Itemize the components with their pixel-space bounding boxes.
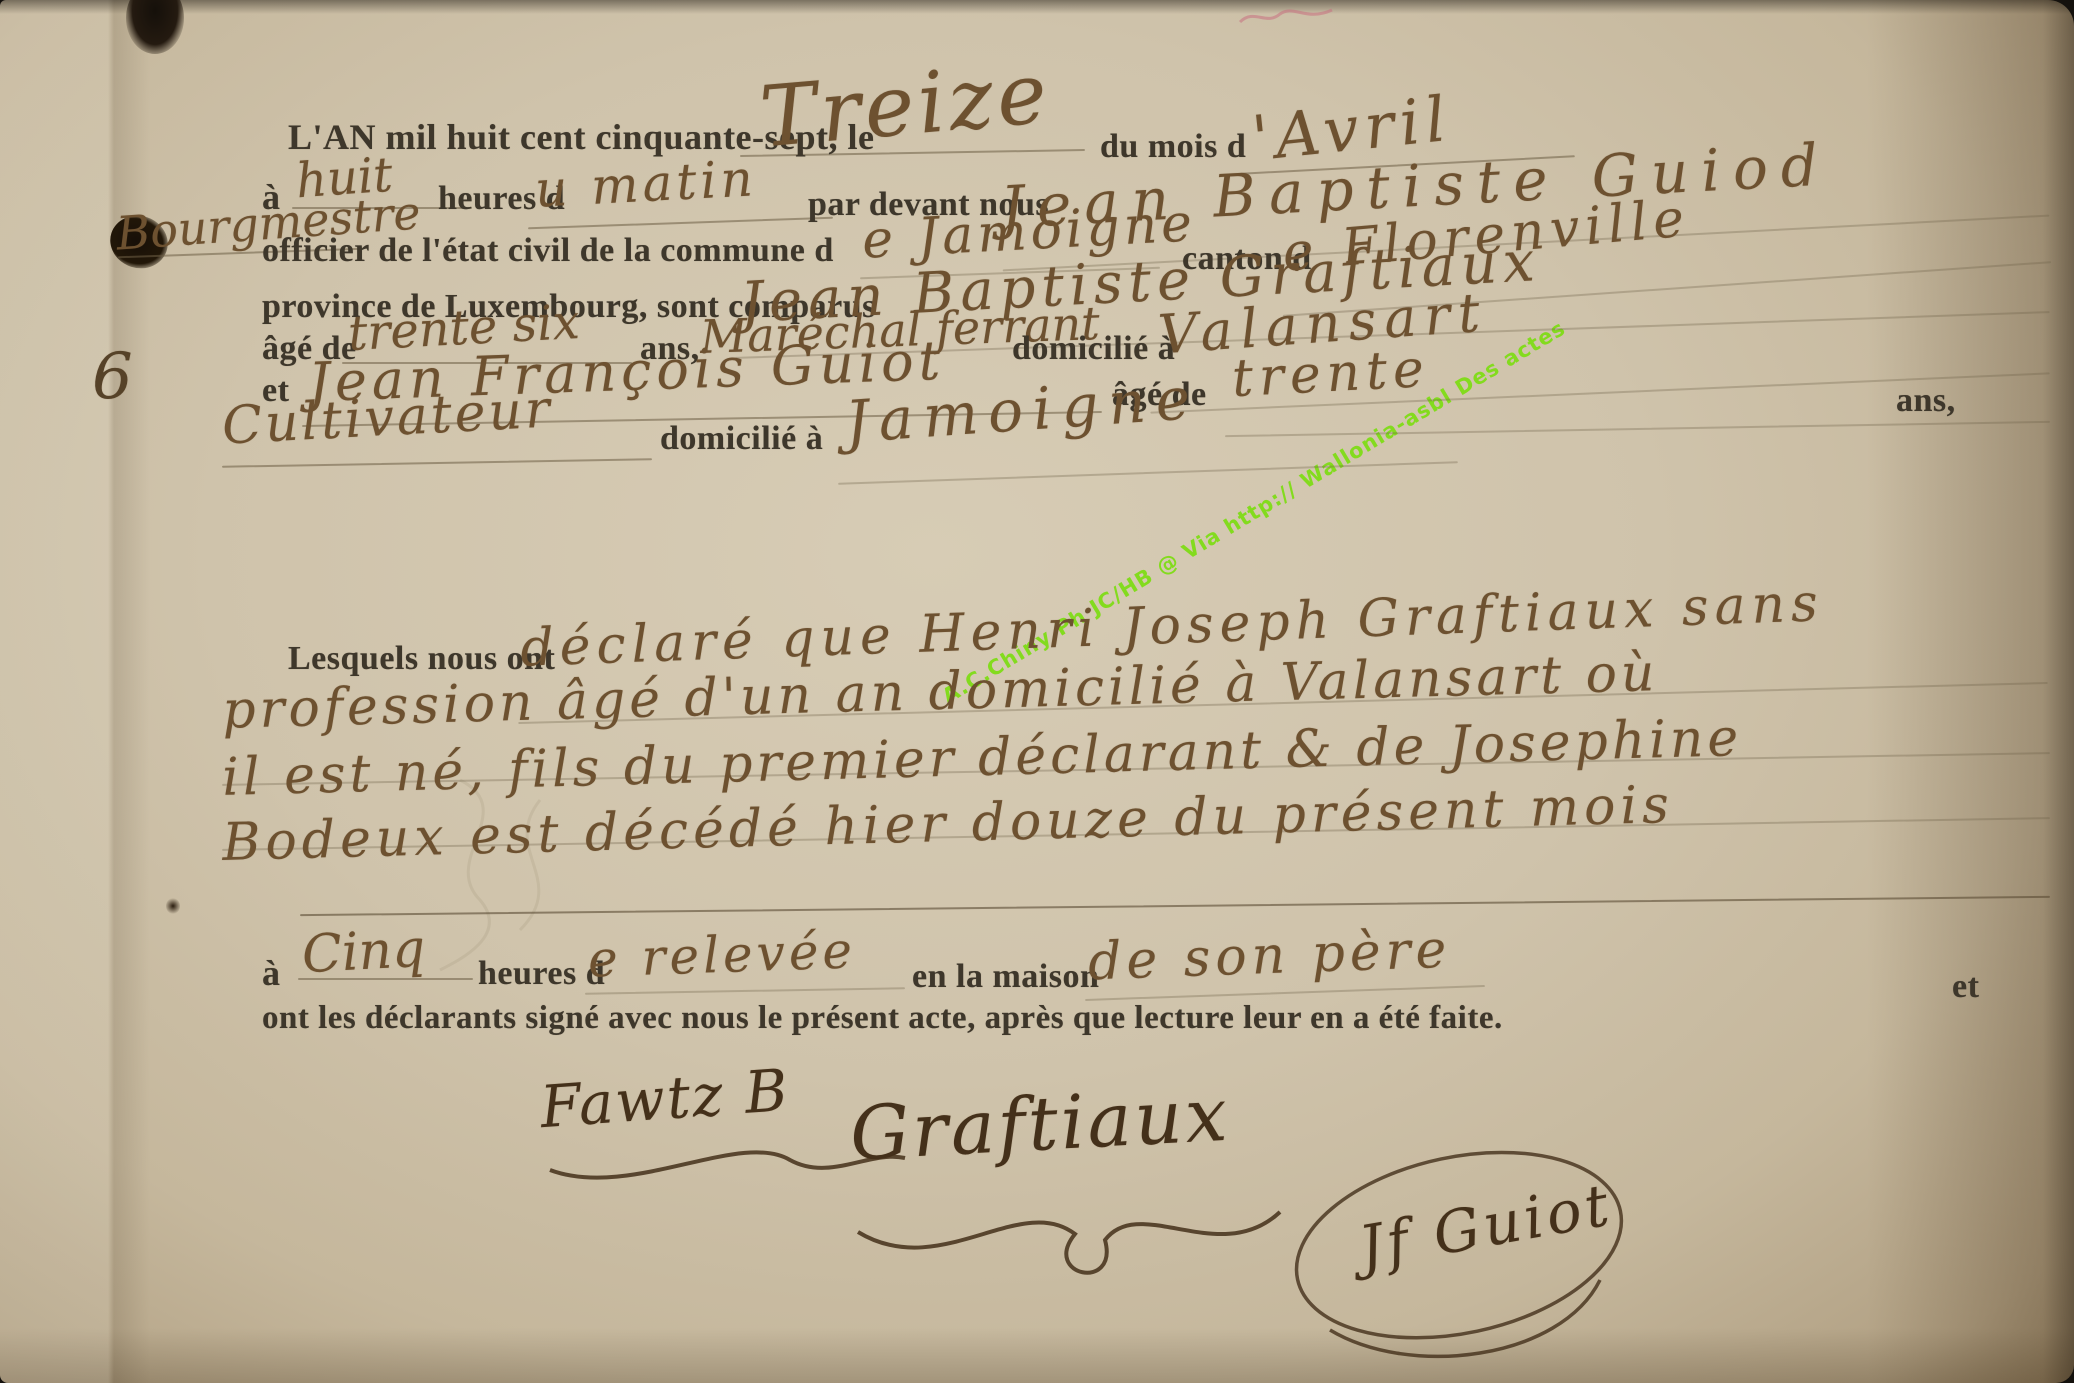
printed-et-2: et	[1952, 968, 1979, 1006]
printed-domicilie-a-1: domicilié à	[1012, 330, 1175, 368]
hw-maison-de: de son père	[1087, 920, 1452, 993]
top-edge-ink-mark	[126, 0, 184, 54]
printed-en-la-maison: en la maison	[912, 958, 1099, 996]
signature-declarant2: Jf Guiot	[1270, 1130, 1650, 1370]
printed-du-mois: du mois d	[1100, 128, 1246, 166]
signature-declarant1-flourish	[850, 1172, 1290, 1292]
blank-line	[585, 987, 905, 995]
blank-line	[528, 217, 833, 230]
printed-a-2: à	[262, 952, 281, 994]
red-scribble	[1236, 2, 1336, 32]
blank-line	[1225, 421, 2050, 437]
hw-relevee: e relevée	[587, 921, 857, 988]
hw-day-of-month: Treize	[756, 44, 1054, 167]
small-ink-speck	[166, 898, 180, 914]
act-number: 6	[92, 340, 133, 414]
printed-heures-d-2: heures d	[478, 955, 605, 993]
signature-declarant1-text: Graftiaux	[848, 1069, 1292, 1178]
blank-line	[222, 458, 652, 468]
signature-declarant1: Graftiaux	[850, 1080, 1290, 1290]
printed-officier-etat-civil: officier de l'état civil de la commune d	[262, 232, 834, 270]
hw-declarant2-age: trente	[1231, 339, 1432, 409]
printed-ans-2: ans,	[1896, 382, 1956, 420]
blank-line	[838, 461, 1458, 485]
hw-du-matin: u matin	[534, 149, 758, 219]
scanned-death-record-page: A.C.Chiny Ph JC/HB @ Via http:// Walloni…	[0, 0, 2074, 1383]
hw-death-hour: Cinq	[301, 919, 427, 985]
printed-domicilie-a-2: domicilié à	[660, 420, 823, 458]
printed-lecture-clause: ont les déclarants signé avec nous le pr…	[262, 1000, 1503, 1037]
